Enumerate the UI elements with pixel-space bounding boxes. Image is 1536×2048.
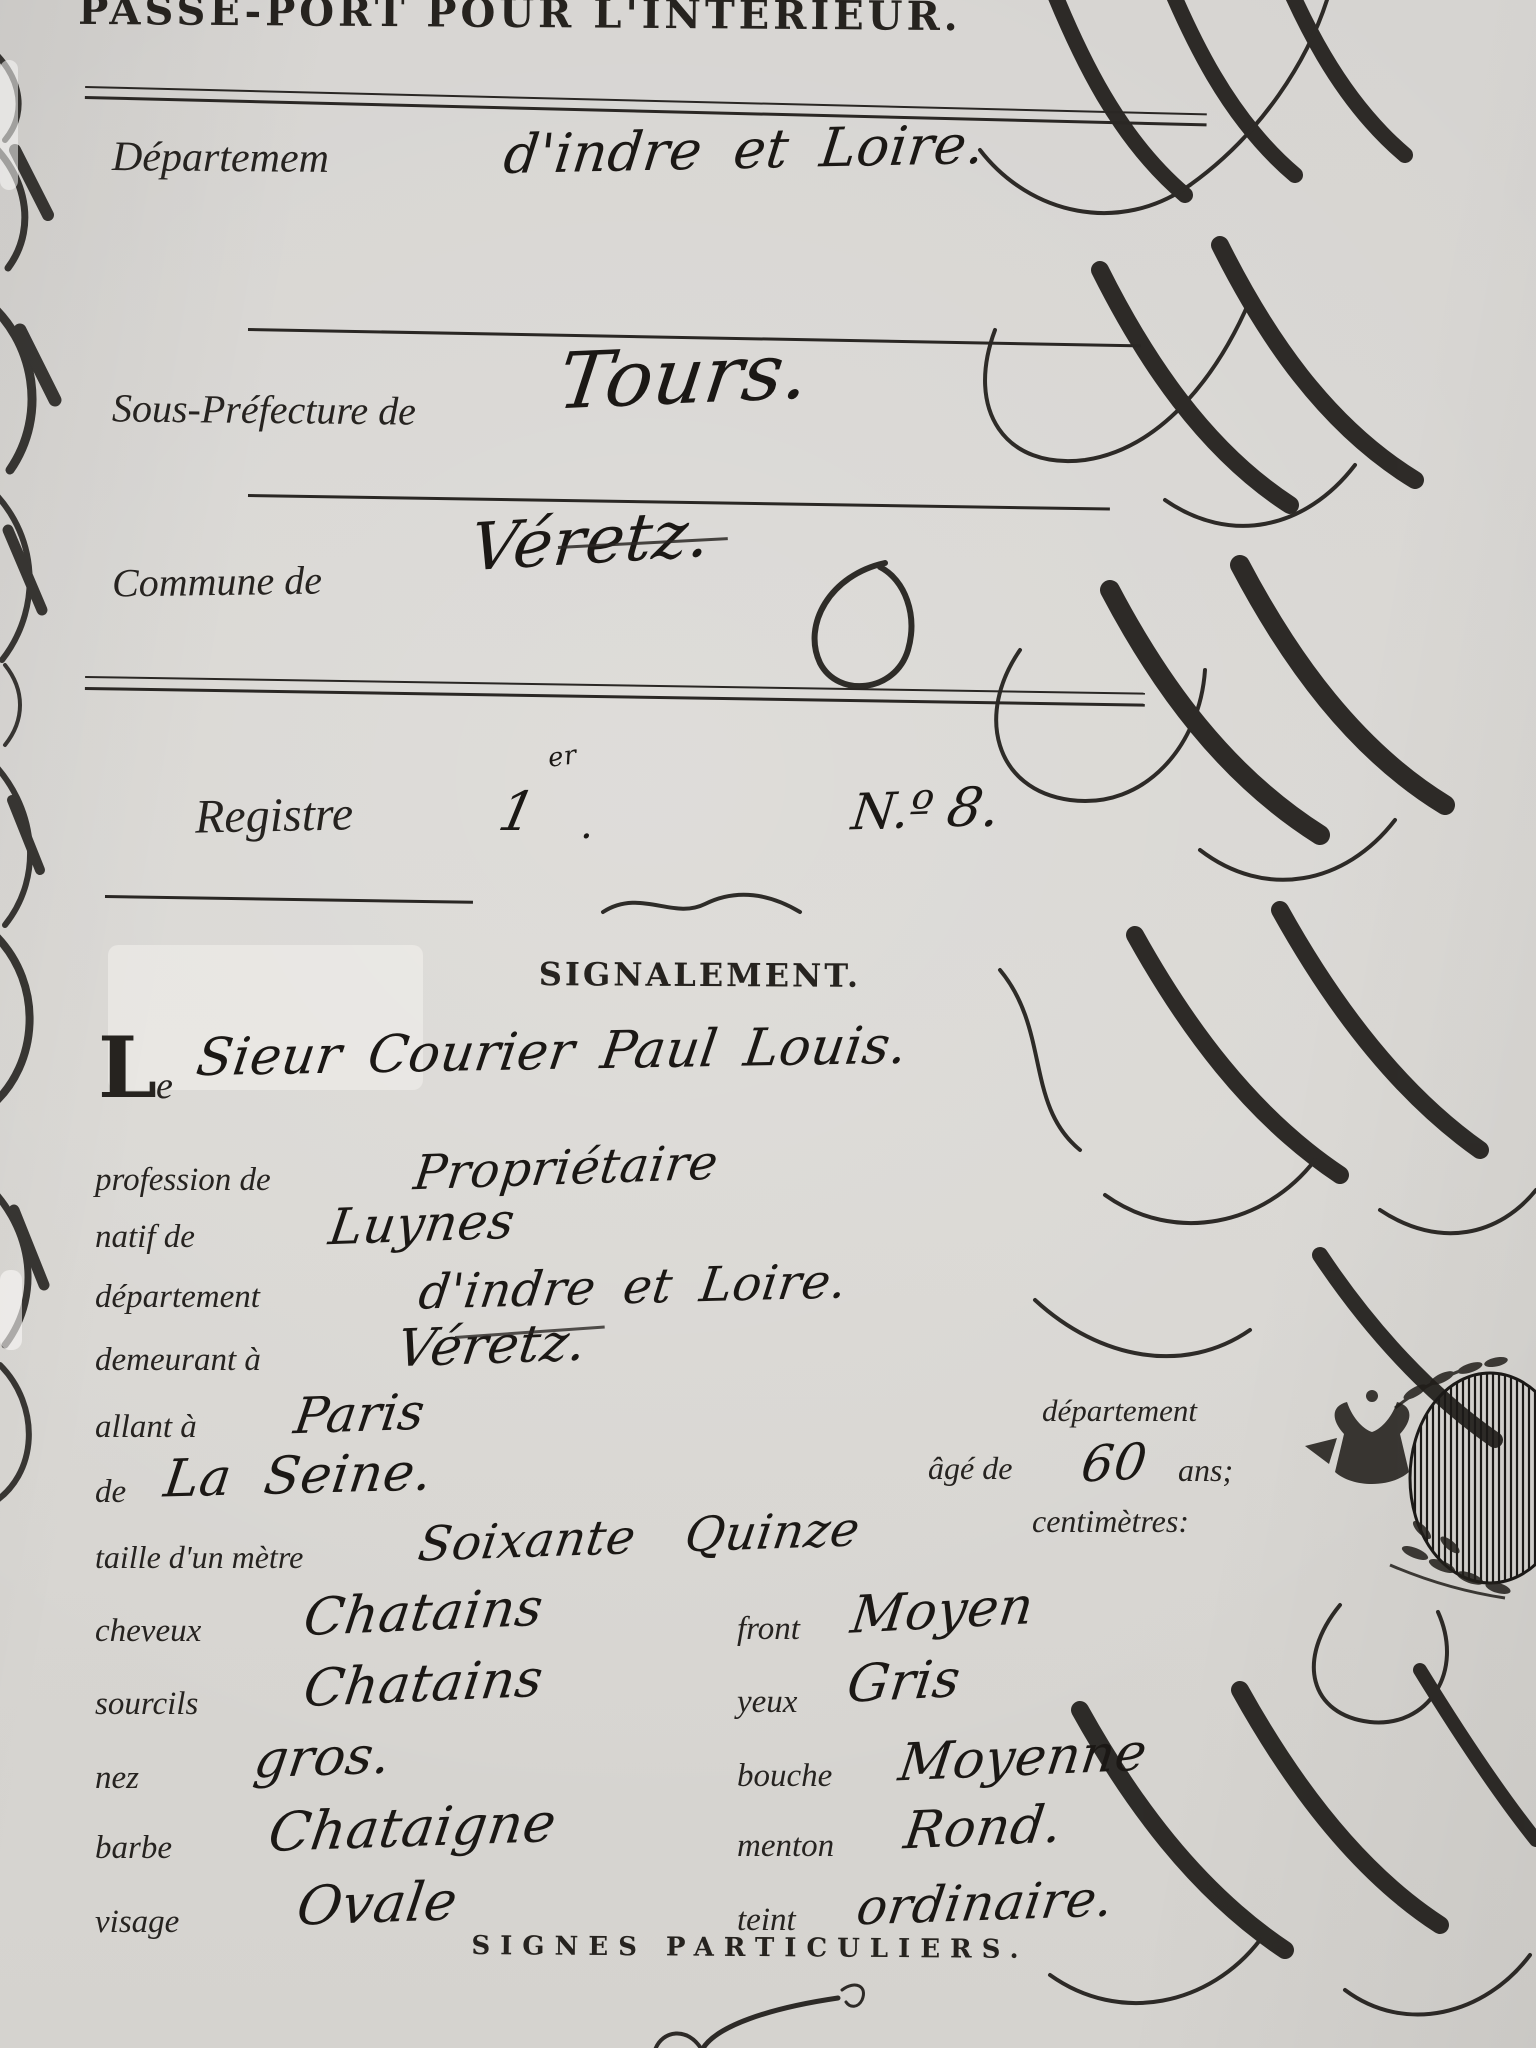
register-dot: . [580, 802, 593, 848]
subprefecture-label: Sous-Préfecture de [112, 384, 416, 434]
department-value: d'indre et Loire. [501, 113, 989, 186]
number-label: N.º [849, 781, 937, 842]
sourcils-label: sourcils [95, 1686, 198, 1723]
register-label: Registre [194, 786, 353, 844]
profession-value: Propriétaire [411, 1135, 722, 1202]
signalement-title: SIGNALEMENT. [400, 954, 1000, 995]
cheveux-value: Chatains [300, 1578, 547, 1648]
register-value: 1 [493, 780, 541, 843]
bottom-flourish [610, 1978, 890, 2048]
birth-department-value: d'indre et Loire. [415, 1253, 850, 1320]
visage-value: Ovale [293, 1869, 461, 1938]
holder-initial-2: e [156, 1064, 173, 1108]
front-value: Moyen [848, 1576, 1038, 1645]
cheveux-label: cheveux [95, 1613, 201, 1650]
department-label: Départemem [112, 133, 329, 183]
profession-label: profession de [95, 1162, 271, 1199]
height-label: taille d'un mètre [95, 1539, 303, 1576]
commune-label: Commune de [112, 557, 323, 607]
menton-value: Rond. [900, 1795, 1065, 1862]
destination-value: Paris [291, 1383, 429, 1445]
signs-title: SIGNES PARTICULIERS. [380, 1930, 1120, 1965]
dest-dept-value: La Seine. [161, 1443, 436, 1510]
yeux-label: yeux [737, 1684, 797, 1721]
sourcils-value: Chatains [300, 1649, 547, 1719]
residence-label: demeurant à [95, 1342, 261, 1379]
teint-value: ordinaire. [853, 1870, 1117, 1937]
nez-value: gros. [250, 1726, 394, 1791]
rule-under-register [105, 895, 473, 903]
holder-initial: L [98, 1018, 157, 1117]
number-value: 8. [942, 776, 1006, 839]
destination-department-label: département [1042, 1393, 1197, 1429]
passport-document: PASSE-PORT POUR L'INTÉRIEUR. Départemem … [0, 0, 1536, 2048]
number-underline-swash [595, 882, 810, 930]
birthplace-value: Luynes [325, 1192, 518, 1256]
centimetres-label: centimètres: [1032, 1503, 1189, 1540]
trait-row-barbe: barbe Chataigne menton Rond. [0, 1812, 1536, 1892]
register-value-suffix: er [546, 740, 579, 774]
age-unit-label: ans; [1178, 1452, 1233, 1489]
age-label: âgé de [928, 1450, 1012, 1487]
age-value: 60 [1078, 1432, 1150, 1493]
destination-label: allant à [95, 1409, 197, 1446]
trait-row-cheveux: cheveux Chatains front Moyen [0, 1595, 1536, 1675]
front-label: front [737, 1611, 800, 1648]
trait-row-nez: nez gros. bouche Moyenne [0, 1742, 1536, 1822]
subprefecture-value: Tours. [553, 327, 815, 428]
document-title: PASSE-PORT POUR L'INTÉRIEUR. [60, 0, 980, 40]
bouche-label: bouche [737, 1758, 832, 1795]
commune-flourish-loop [800, 555, 930, 700]
birth-department-label: département [95, 1279, 260, 1316]
barbe-label: barbe [95, 1830, 172, 1867]
dest-dept-prefix-label: de [95, 1474, 126, 1511]
bouche-value: Moyenne [895, 1723, 1151, 1794]
menton-label: menton [737, 1828, 834, 1865]
barbe-value: Chataigne [265, 1791, 561, 1864]
trait-row-sourcils: sourcils Chatains yeux Gris [0, 1668, 1536, 1748]
birthplace-label: natif de [95, 1219, 195, 1256]
residence-value: Véretz. [393, 1313, 590, 1380]
yeux-value: Gris [844, 1649, 964, 1715]
holder-name-value: Sieur Courier Paul Louis. [193, 1016, 911, 1088]
nez-label: nez [95, 1760, 139, 1797]
